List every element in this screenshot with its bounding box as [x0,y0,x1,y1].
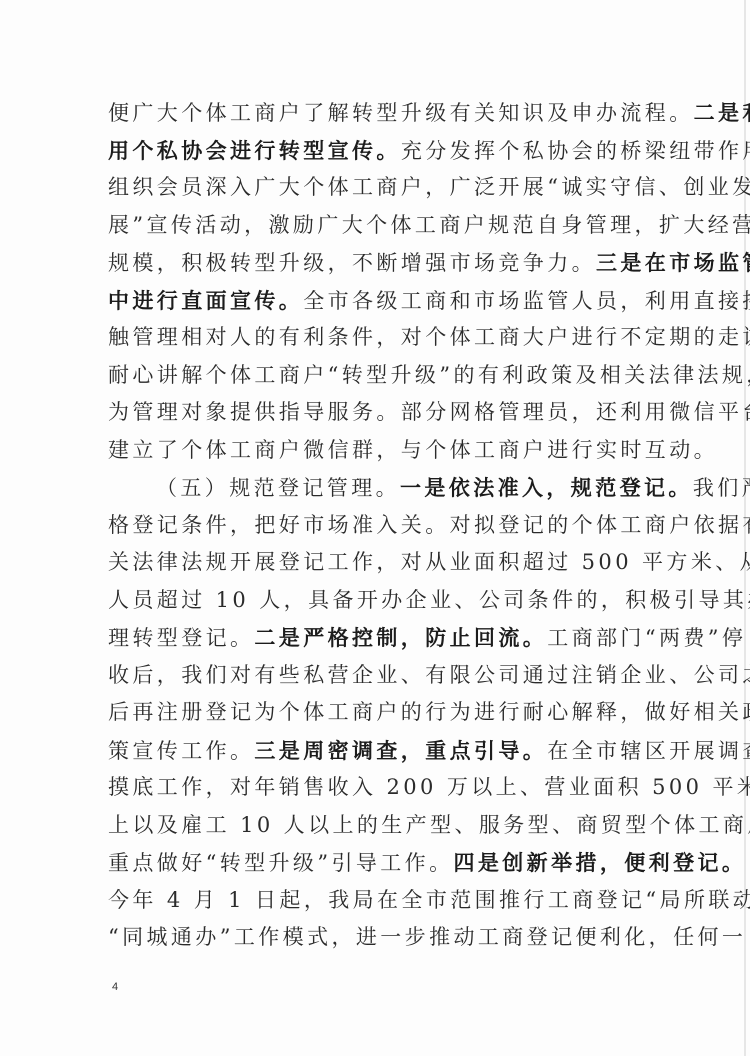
bold-segment: 中进行直面宣传。 [108,288,303,313]
text-segment: 摸底工作，对年销售收入 200 万以上、营业面积 500 平米以 [108,775,750,799]
text-line: 重点做好“转型升级”引导工作。四是创新举措，便利登记。 [108,844,642,882]
bold-segment: 二是严格控制，防止回流。 [254,625,547,650]
text-line: 中进行直面宣传。全市各级工商和市场监管人员，利用直接接 [108,282,642,320]
text-segment: 规模，积极转型升级，不断增强市场竞争力。 [108,251,596,275]
text-segment: 人员超过 10 人，具备开办企业、公司条件的，积极引导其办 [108,588,750,612]
text-line: 人员超过 10 人，具备开办企业、公司条件的，积极引导其办 [108,582,642,620]
text-line: 格登记条件，把好市场准入关。对拟登记的个体工商户依据有 [108,507,642,545]
text-segment: 建立了个体工商户微信群，与个体工商户进行实时互动。 [108,438,718,462]
text-line: 上以及雇工 10 人以上的生产型、服务型、商贸型个体工商户 [108,807,642,845]
bold-segment: 一是依法准入，规范登记。 [400,475,693,500]
text-segment: 收后，我们对有些私营企业、有限公司通过注销企业、公司之 [108,663,750,687]
text-segment: 为管理对象提供指导服务。部分网格管理员，还利用微信平台 [108,400,750,424]
page-number: 4 [112,981,118,993]
text-segment: 我们严 [693,476,750,500]
text-line: 策宣传工作。三是周密调查，重点引导。在全市辖区开展调查 [108,732,642,770]
text-segment: 展”宣传活动，激励广大个体工商户规范自身管理，扩大经营 [108,213,750,237]
text-segment: 重点做好“转型升级”引导工作。 [108,851,453,875]
text-line: 耐心讲解个体工商户“转型升级”的有利政策及相关法律法规， [108,357,642,395]
document-page: 便广大个体工商户了解转型升级有关知识及申办流程。二是利 用个私协会进行转型宣传。… [0,0,750,1056]
text-line: 触管理相对人的有利条件，对个体工商大户进行不定期的走访， [108,319,642,357]
text-segment: “同城通办”工作模式，进一步推动工商登记便利化，任何一 [108,925,746,949]
text-line: 建立了个体工商户微信群，与个体工商户进行实时互动。 [108,432,642,470]
text-line: 后再注册登记为个体工商户的行为进行耐心解释，做好相关政 [108,694,642,732]
text-segment: 上以及雇工 10 人以上的生产型、服务型、商贸型个体工商户 [108,813,750,837]
text-line: 关法律法规开展登记工作，对从业面积超过 500 平方米、从业 [108,544,642,582]
section-heading-line: （五）规范登记管理。一是依法准入，规范登记。我们严 [108,469,642,507]
text-line: 便广大个体工商户了解转型升级有关知识及申办流程。二是利 [108,94,642,132]
text-segment: 关法律法规开展登记工作，对从业面积超过 500 平方米、从业 [108,550,750,574]
bold-segment: 二是利 [694,100,750,125]
text-line: 收后，我们对有些私营企业、有限公司通过注销企业、公司之 [108,657,642,695]
bold-segment: 四是创新举措，便利登记。 [453,850,746,875]
text-segment: 格登记条件，把好市场准入关。对拟登记的个体工商户依据有 [108,513,750,537]
text-line: 摸底工作，对年销售收入 200 万以上、营业面积 500 平米以 [108,769,642,807]
document-body: 便广大个体工商户了解转型升级有关知识及申办流程。二是利 用个私协会进行转型宣传。… [108,94,648,957]
text-segment: 触管理相对人的有利条件，对个体工商大户进行不定期的走访， [108,325,750,349]
text-segment: 组织会员深入广大个体工商户，广泛开展“诚实守信、创业发 [108,175,750,199]
text-segment: 今年 4 月 1 日起，我局在全市范围推行工商登记“局所联动” [108,888,750,912]
text-segment: 策宣传工作。 [108,739,254,763]
text-segment: 后再注册登记为个体工商户的行为进行耐心解释，做好相关政 [108,700,750,724]
text-segment: 充分发挥个私协会的桥梁纽带作用， [401,139,750,163]
bold-segment: 三是在市场监管 [596,250,750,275]
text-segment: 耐心讲解个体工商户“转型升级”的有利政策及相关法律法规， [108,363,750,387]
text-segment: 在全市辖区开展调查 [547,739,750,763]
bold-segment: 三是周密调查，重点引导。 [254,738,547,763]
text-line: 为管理对象提供指导服务。部分网格管理员，还利用微信平台 [108,394,642,432]
text-line: 规模，积极转型升级，不断增强市场竞争力。三是在市场监管 [108,244,642,282]
text-segment: 理转型登记。 [108,626,254,650]
text-segment: 便广大个体工商户了解转型升级有关知识及申办流程。 [108,101,694,125]
section-heading: （五）规范登记管理。 [156,476,400,500]
text-line: 理转型登记。二是严格控制，防止回流。工商部门“两费”停 [108,619,642,657]
text-line: 组织会员深入广大个体工商户，广泛开展“诚实守信、创业发 [108,169,642,207]
bold-segment: 用个私协会进行转型宣传。 [108,138,401,163]
text-line: 用个私协会进行转型宣传。充分发挥个私协会的桥梁纽带作用， [108,132,642,170]
text-line: “同城通办”工作模式，进一步推动工商登记便利化，任何一 [108,919,642,957]
text-line: 今年 4 月 1 日起，我局在全市范围推行工商登记“局所联动” [108,882,642,920]
text-segment: 工商部门“两费”停 [547,626,746,650]
text-line: 展”宣传活动，激励广大个体工商户规范自身管理，扩大经营 [108,207,642,245]
text-segment: 全市各级工商和市场监管人员，利用直接接 [303,289,750,313]
